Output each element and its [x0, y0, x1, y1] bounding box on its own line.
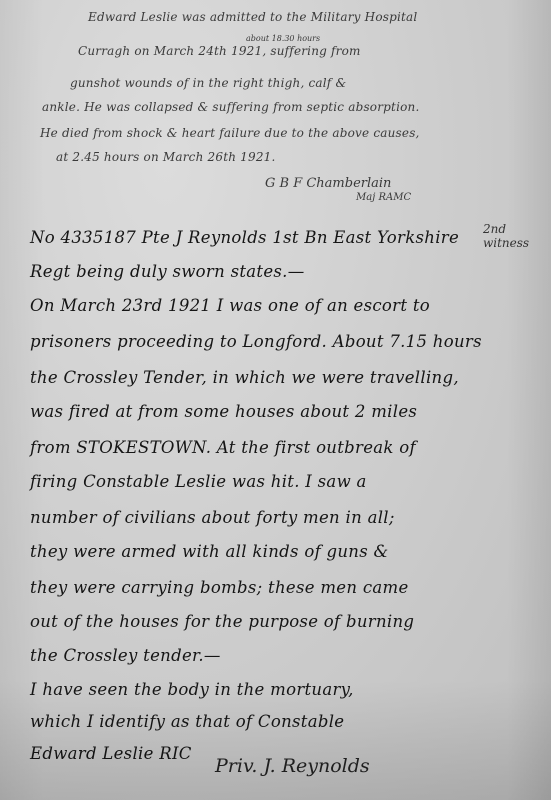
statement-line: prisoners proceeding to Longford. About …: [30, 332, 482, 351]
medical-insertion: about 18.30 hours: [246, 34, 320, 43]
medical-line: Edward Leslie was admitted to the Milita…: [88, 10, 417, 24]
medical-line: gunshot wounds of in the right thigh, ca…: [70, 76, 346, 90]
statement-line: On March 23rd 1921 I was one of an escor…: [30, 296, 430, 315]
statement-line: the Crossley Tender, in which we were tr…: [30, 368, 459, 387]
statement-line: was fired at from some houses about 2 mi…: [30, 402, 417, 421]
medical-line: at 2.45 hours on March 26th 1921.: [56, 150, 276, 164]
statement-line: firing Constable Leslie was hit. I saw a: [30, 472, 367, 491]
statement-line: No 4335187 Pte J Reynolds 1st Bn East Yo…: [30, 228, 459, 247]
statement-line: the Crossley tender.—: [30, 646, 221, 665]
statement-line: Regt being duly sworn states.—: [30, 262, 305, 281]
statement-line: out of the houses for the purpose of bur…: [30, 612, 414, 631]
statement-line: from STOKESTOWN. At the first outbreak o…: [30, 438, 416, 457]
medical-line: He died from shock & heart failure due t…: [40, 126, 420, 140]
statement-line: Edward Leslie RIC: [30, 744, 192, 763]
document-page: Edward Leslie was admitted to the Milita…: [0, 0, 551, 800]
statement-line: they were carrying bombs; these men came: [30, 578, 409, 597]
witness-signature: Priv. J. Reynolds: [215, 755, 370, 777]
medical-line: Curragh on March 24th 1921, suffering fr…: [78, 44, 361, 58]
statement-line: number of civilians about forty men in a…: [30, 508, 395, 527]
statement-line: which I identify as that of Constable: [30, 712, 344, 731]
medical-line: ankle. He was collapsed & suffering from…: [42, 100, 419, 114]
doctor-signature: G B F Chamberlain: [265, 176, 391, 191]
doctor-title: Maj RAMC: [356, 192, 411, 203]
margin-note: 2nd witness: [483, 222, 551, 250]
statement-line: they were armed with all kinds of guns &: [30, 542, 389, 561]
statement-line: I have seen the body in the mortuary,: [30, 680, 354, 699]
